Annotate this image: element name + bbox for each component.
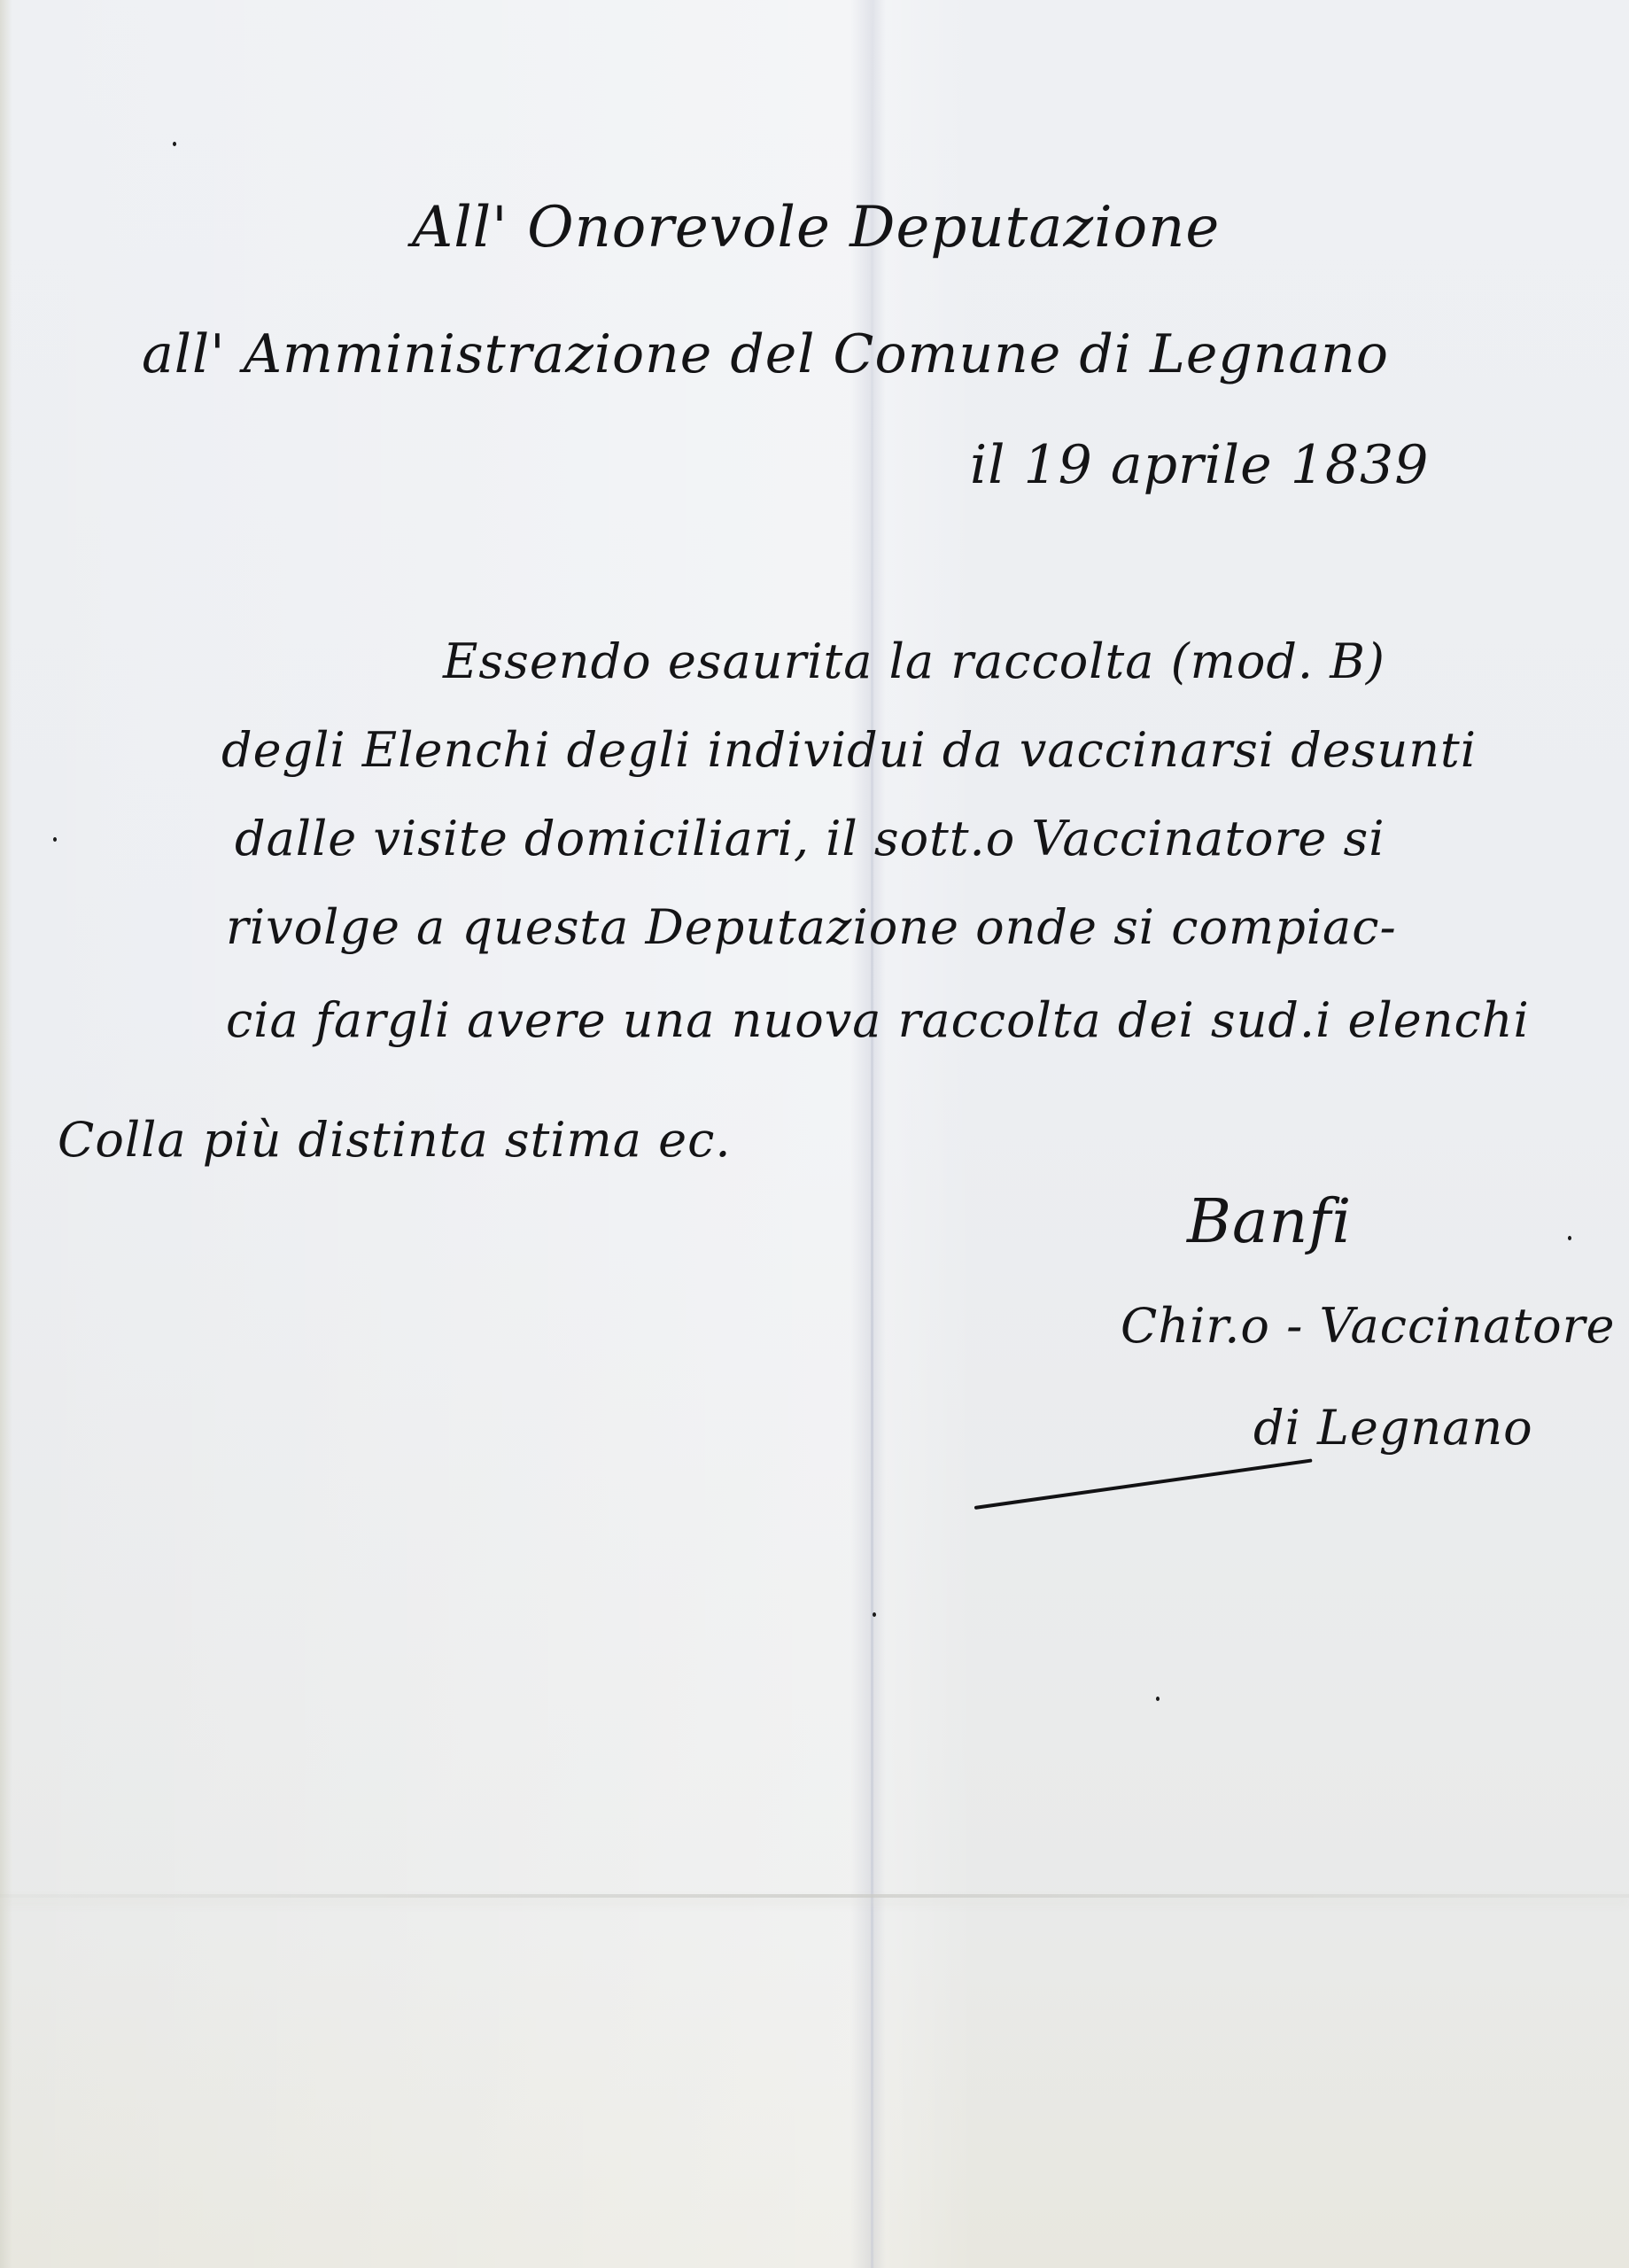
body-line-4: rivolge a questa Deputazione onde si com…	[226, 899, 1397, 955]
signature-underline	[974, 1458, 1313, 1510]
ink-speck	[1156, 1697, 1160, 1701]
paper-edge	[0, 0, 12, 2268]
body-line-5: cia fargli avere una nuova raccolta dei …	[226, 992, 1530, 1048]
closing-line: Colla più distinta stima ec.	[58, 1112, 731, 1168]
ink-speck	[173, 142, 176, 146]
address-line-1: All' Onorevole Deputazione	[412, 195, 1220, 260]
signature-title: Chir.o - Vaccinatore	[1121, 1298, 1615, 1354]
body-line-2: degli Elenchi degli individui da vaccina…	[221, 722, 1477, 778]
letter-date: il 19 aprile 1839	[970, 434, 1429, 496]
ink-speck	[1568, 1236, 1571, 1240]
body-line-3: dalle visite domiciliari, il sott.o Vacc…	[235, 811, 1385, 866]
address-line-2: all' Amministrazione del Comune di Legna…	[142, 323, 1389, 385]
horizontal-fold-crease	[0, 1894, 1629, 1898]
ink-speck	[873, 1612, 876, 1617]
body-line-1: Essendo esaurita la raccolta (mod. B)	[443, 633, 1385, 689]
letter-page: All' Onorevole Deputazione all' Amminist…	[0, 0, 1629, 2268]
signature-name: Banfi	[1187, 1187, 1352, 1257]
ink-speck	[53, 837, 57, 842]
signature-place: di Legnano	[1253, 1400, 1533, 1456]
